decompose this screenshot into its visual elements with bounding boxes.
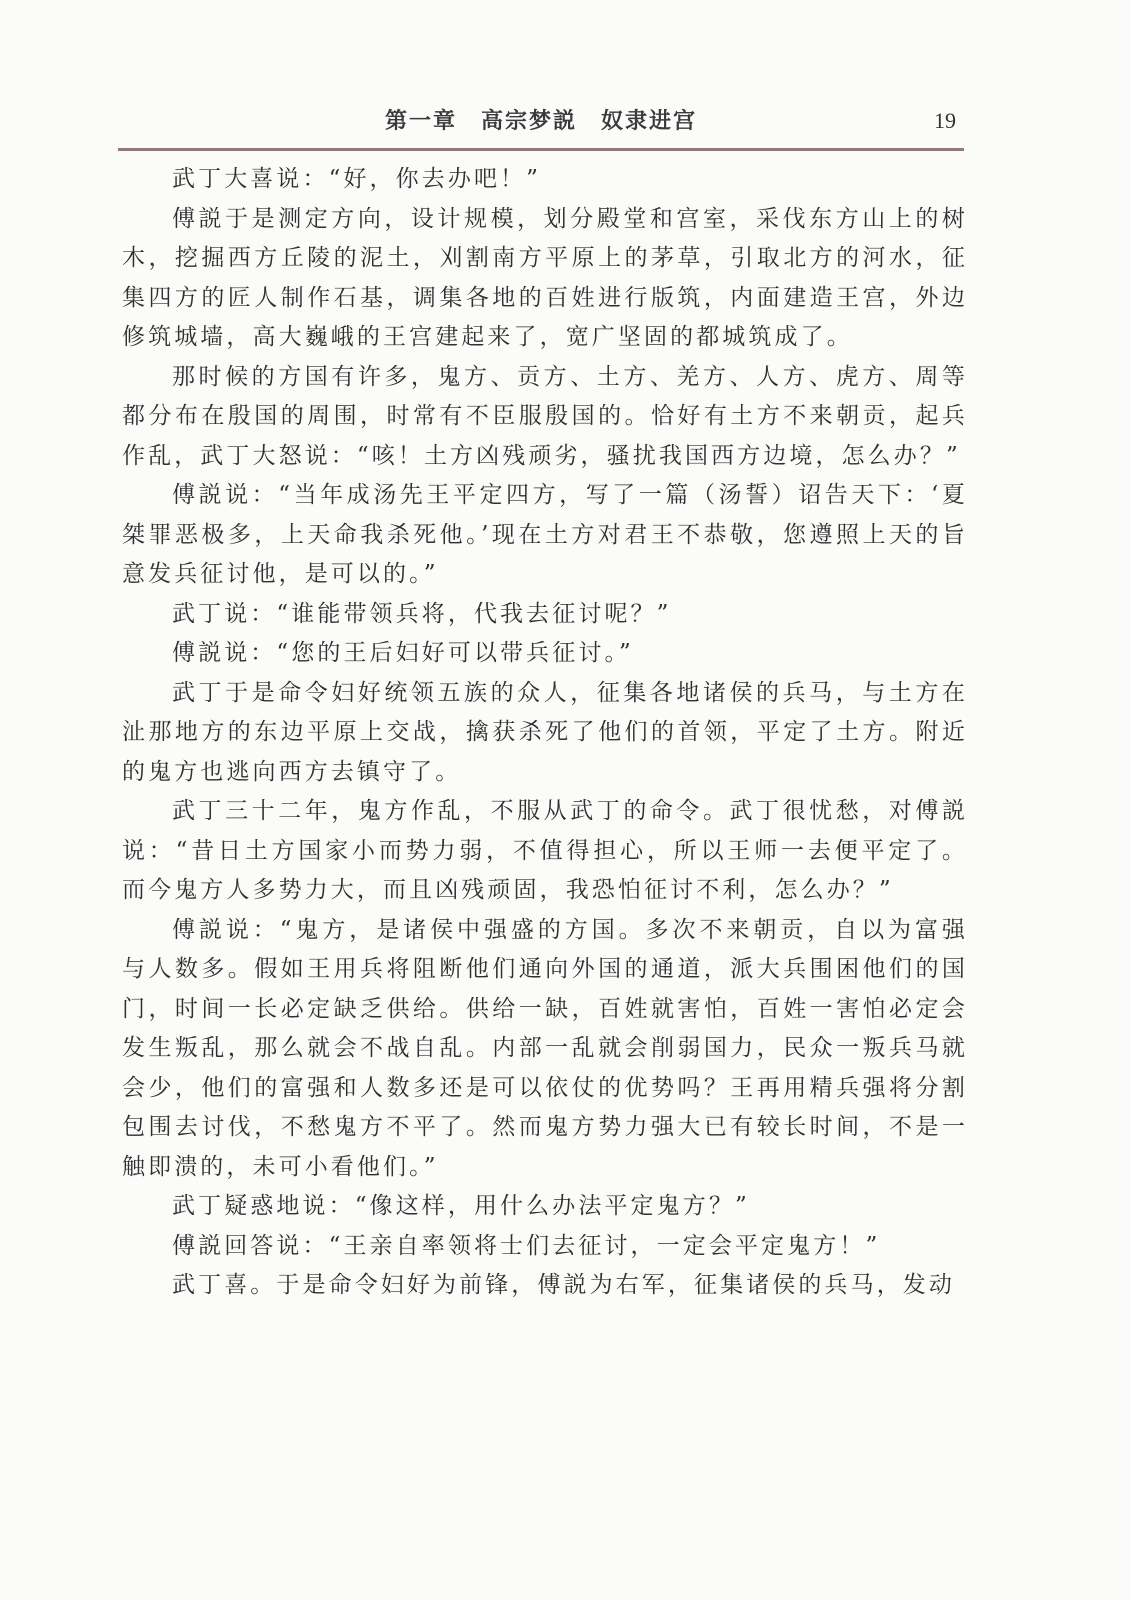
paragraph: 武丁说：“谁能带领兵将，代我去征讨呢？” [122,595,968,635]
paragraph: 傅説说：“您的王后妇好可以带兵征讨。” [122,634,968,674]
paragraph: 武丁大喜说：“好，你去办吧！” [122,160,968,200]
paragraph: 武丁于是命令妇好统领五族的众人，征集各地诸侯的兵马，与土方在沚那地方的东边平原上… [122,674,968,793]
paragraph: 武丁疑惑地说：“像这样，用什么办法平定鬼方？” [122,1187,968,1227]
header-rule [118,148,964,151]
body-text: 武丁大喜说：“好，你去办吧！” 傅説于是测定方向，设计规模，划分殿堂和宫室，采伐… [122,160,968,1306]
paragraph: 那时候的方国有许多，鬼方、贡方、土方、羌方、人方、虎方、周等都分布在殷国的周围，… [122,358,968,477]
running-head: 第一章 高宗梦説 奴隶进宫 19 [118,98,964,144]
page-number: 19 [934,108,956,134]
chapter-title: 第一章 高宗梦説 奴隶进宫 [118,104,964,135]
paragraph: 傅説说：“当年成汤先王平定四方，写了一篇（汤誓）诏告天下：‘夏桀罪恶极多，上天命… [122,476,968,595]
paragraph: 傅説于是测定方向，设计规模，划分殿堂和宫室，采伐东方山上的树木，挖掘西方丘陵的泥… [122,200,968,358]
paragraph: 武丁喜。于是命令妇好为前锋，傅説为右军，征集诸侯的兵马，发动 [122,1266,968,1306]
paragraph: 傅説回答说：“王亲自率领将士们去征讨，一定会平定鬼方！” [122,1227,968,1267]
paragraph: 傅説说：“鬼方，是诸侯中强盛的方国。多次不来朝贡，自以为富强与人数多。假如王用兵… [122,911,968,1188]
paragraph: 武丁三十二年，鬼方作乱，不服从武丁的命令。武丁很忧愁，对傅説说：“昔日土方国家小… [122,792,968,911]
